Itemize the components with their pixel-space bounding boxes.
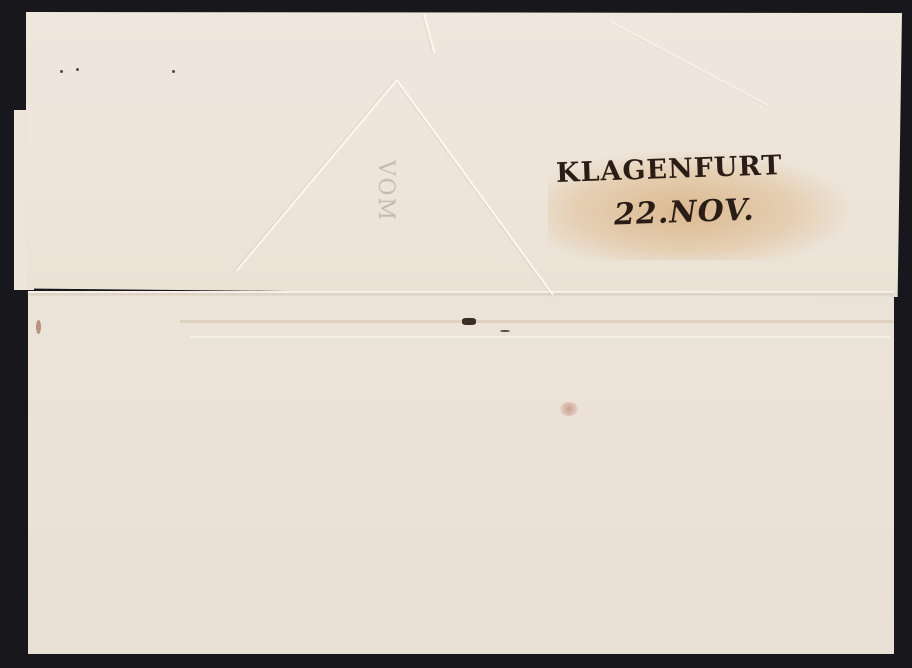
paper-speck [76,68,79,71]
ink-speck [462,318,476,325]
paper-speck [60,70,63,73]
horizontal-fold [28,291,894,293]
horizontal-crease [180,320,894,323]
paper-speck [172,70,175,73]
foxing-mark [36,320,41,334]
postmark-date: 22.NOV. [613,193,755,233]
foxing-spot [560,402,578,416]
horizontal-crease-highlight [190,336,890,338]
letter-lower-panel [28,292,894,654]
folded-letter: VOM KLAGENFURT 22.NOV. [0,0,912,668]
postmark: KLAGENFURT 22.NOV. [548,140,868,260]
paper-speck [500,330,510,332]
bleed-through-writing: VOM [373,160,398,222]
